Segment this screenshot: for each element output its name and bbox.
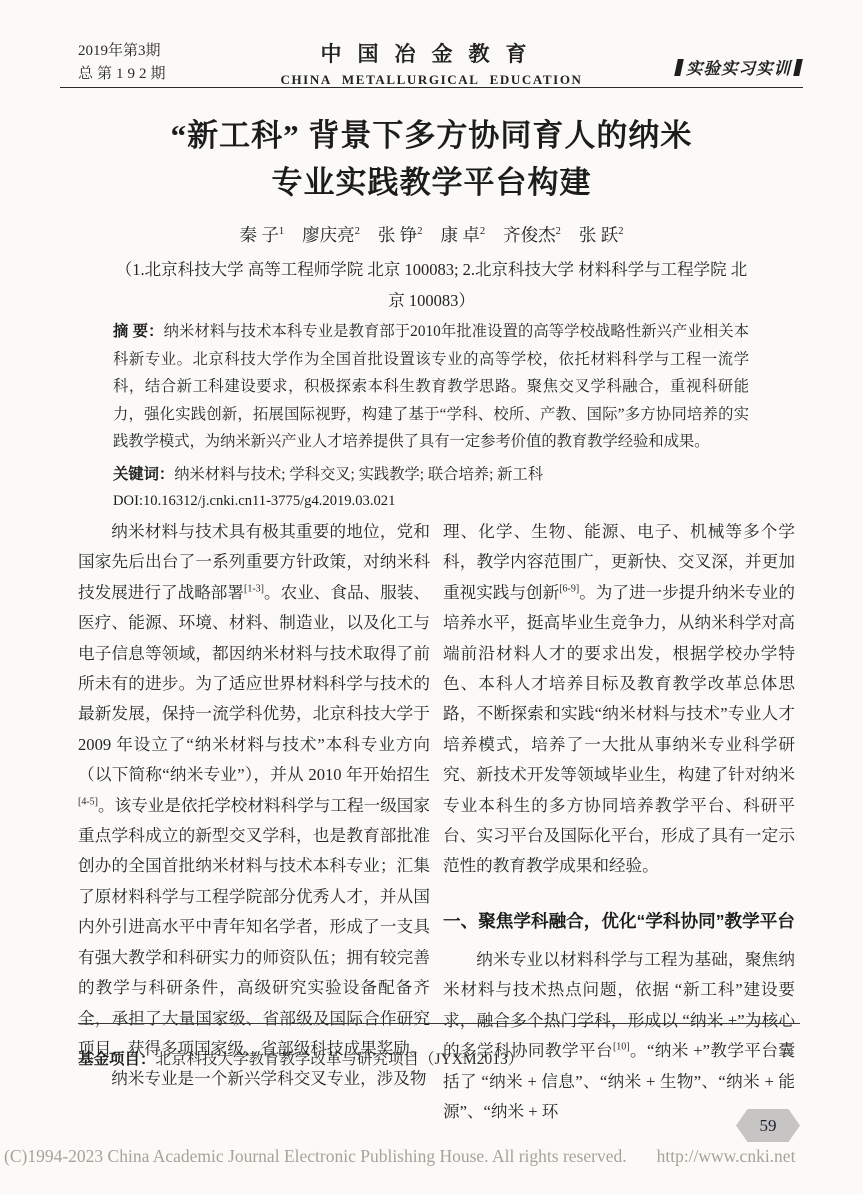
affiliation-line1: （1.北京科技大学 高等工程师学院 北京 100083; 2.北京科技大学 材料…	[0, 254, 863, 285]
copyright-text: (C)1994-2023 China Academic Journal Elec…	[4, 1146, 627, 1166]
journal-title-en: CHINA METALLURGICAL EDUCATION	[280, 72, 582, 88]
article-title: “新工科” 背景下多方协同育人的纳米 专业实践教学平台构建	[0, 112, 863, 206]
affiliation-line2: 京 100083）	[0, 285, 863, 316]
author: 康 卓2	[441, 225, 486, 245]
abstract-block: 摘 要：纳米材料与技术本科专业是教育部于2010年批准设置的高等学校战略性新兴产…	[113, 318, 749, 510]
author: 秦 子1	[240, 225, 285, 245]
issue-number: 2019年第3期	[78, 40, 170, 63]
header-divider	[60, 87, 803, 88]
author: 齐俊杰2	[503, 225, 561, 245]
author: 廖庆亮2	[302, 225, 360, 245]
funding-text: 北京科技大学教育教学改革与研究项目（JYXM2013）	[156, 1051, 524, 1068]
keywords-label: 关键词：	[113, 466, 174, 483]
column-tag: 实验实习实训	[686, 55, 791, 79]
abstract-text: 纳米材料与技术本科专业是教育部于2010年批准设置的高等学校战略性新兴产业相关本…	[113, 323, 749, 450]
journal-page: 2019年第3期 总第192期 中国冶金教育 CHINA METALLURGIC…	[0, 0, 863, 1194]
body-column-left: 纳米材料与技术具有极其重要的地位，党和国家先后出台了一系列重要方针政策，对纳米科…	[78, 517, 430, 1095]
abstract-label: 摘 要：	[113, 323, 164, 340]
body-column-right: 理、化学、生物、能源、电子、机械等多个学科，教学内容范围广，更新快、交叉深，并更…	[443, 517, 795, 1127]
footnote-divider	[78, 1023, 800, 1024]
tag-bar-left-icon	[674, 59, 684, 76]
keywords: 关键词：纳米材料与技术; 学科交叉; 实践教学; 联合培养; 新工科	[113, 462, 749, 488]
paragraph: 纳米材料与技术具有极其重要的地位，党和国家先后出台了一系列重要方针政策，对纳米科…	[78, 517, 430, 1064]
page-number-badge: 59	[736, 1109, 800, 1142]
abstract: 摘 要：纳米材料与技术本科专业是教育部于2010年批准设置的高等学校战略性新兴产…	[113, 318, 749, 456]
issue-info: 2019年第3期 总第192期	[78, 40, 170, 86]
funding-note: 基金项目：北京科技大学教育教学改革与研究项目（JYXM2013）	[78, 1047, 523, 1069]
issue-total: 总第192期	[78, 63, 170, 86]
article-title-line1: “新工科” 背景下多方协同育人的纳米	[0, 112, 863, 159]
author: 张 铮2	[378, 225, 423, 245]
journal-title-block: 中国冶金教育 CHINA METALLURGICAL EDUCATION	[280, 38, 582, 88]
paragraph: 纳米专业以材料科学与工程为基础，聚焦纳米材料与技术热点问题，依据 “新工科”建设…	[443, 945, 795, 1127]
affiliation: （1.北京科技大学 高等工程师学院 北京 100083; 2.北京科技大学 材料…	[0, 254, 863, 316]
page-number: 59	[760, 1116, 777, 1136]
journal-title-cn: 中国冶金教育	[280, 38, 582, 68]
copyright-bar: (C)1994-2023 China Academic Journal Elec…	[4, 1146, 863, 1167]
author-list: 秦 子1廖庆亮2张 铮2康 卓2齐俊杰2张 跃2	[0, 222, 863, 247]
doi: DOI:10.16312/j.cnki.cn11-3775/g4.2019.03…	[113, 493, 749, 510]
section-heading: 一、聚焦学科融合，优化“学科协同”教学平台	[443, 907, 795, 936]
tag-bar-right-icon	[793, 59, 803, 76]
funding-label: 基金项目：	[78, 1051, 156, 1068]
author: 张 跃2	[579, 225, 624, 245]
column-tag-block: 实验实习实训	[676, 55, 801, 79]
cnki-url: http://www.cnki.net	[657, 1146, 796, 1166]
keywords-text: 纳米材料与技术; 学科交叉; 实践教学; 联合培养; 新工科	[174, 466, 543, 483]
paragraph: 理、化学、生物、能源、电子、机械等多个学科，教学内容范围广，更新快、交叉深，并更…	[443, 517, 795, 882]
article-title-line2: 专业实践教学平台构建	[0, 159, 863, 206]
